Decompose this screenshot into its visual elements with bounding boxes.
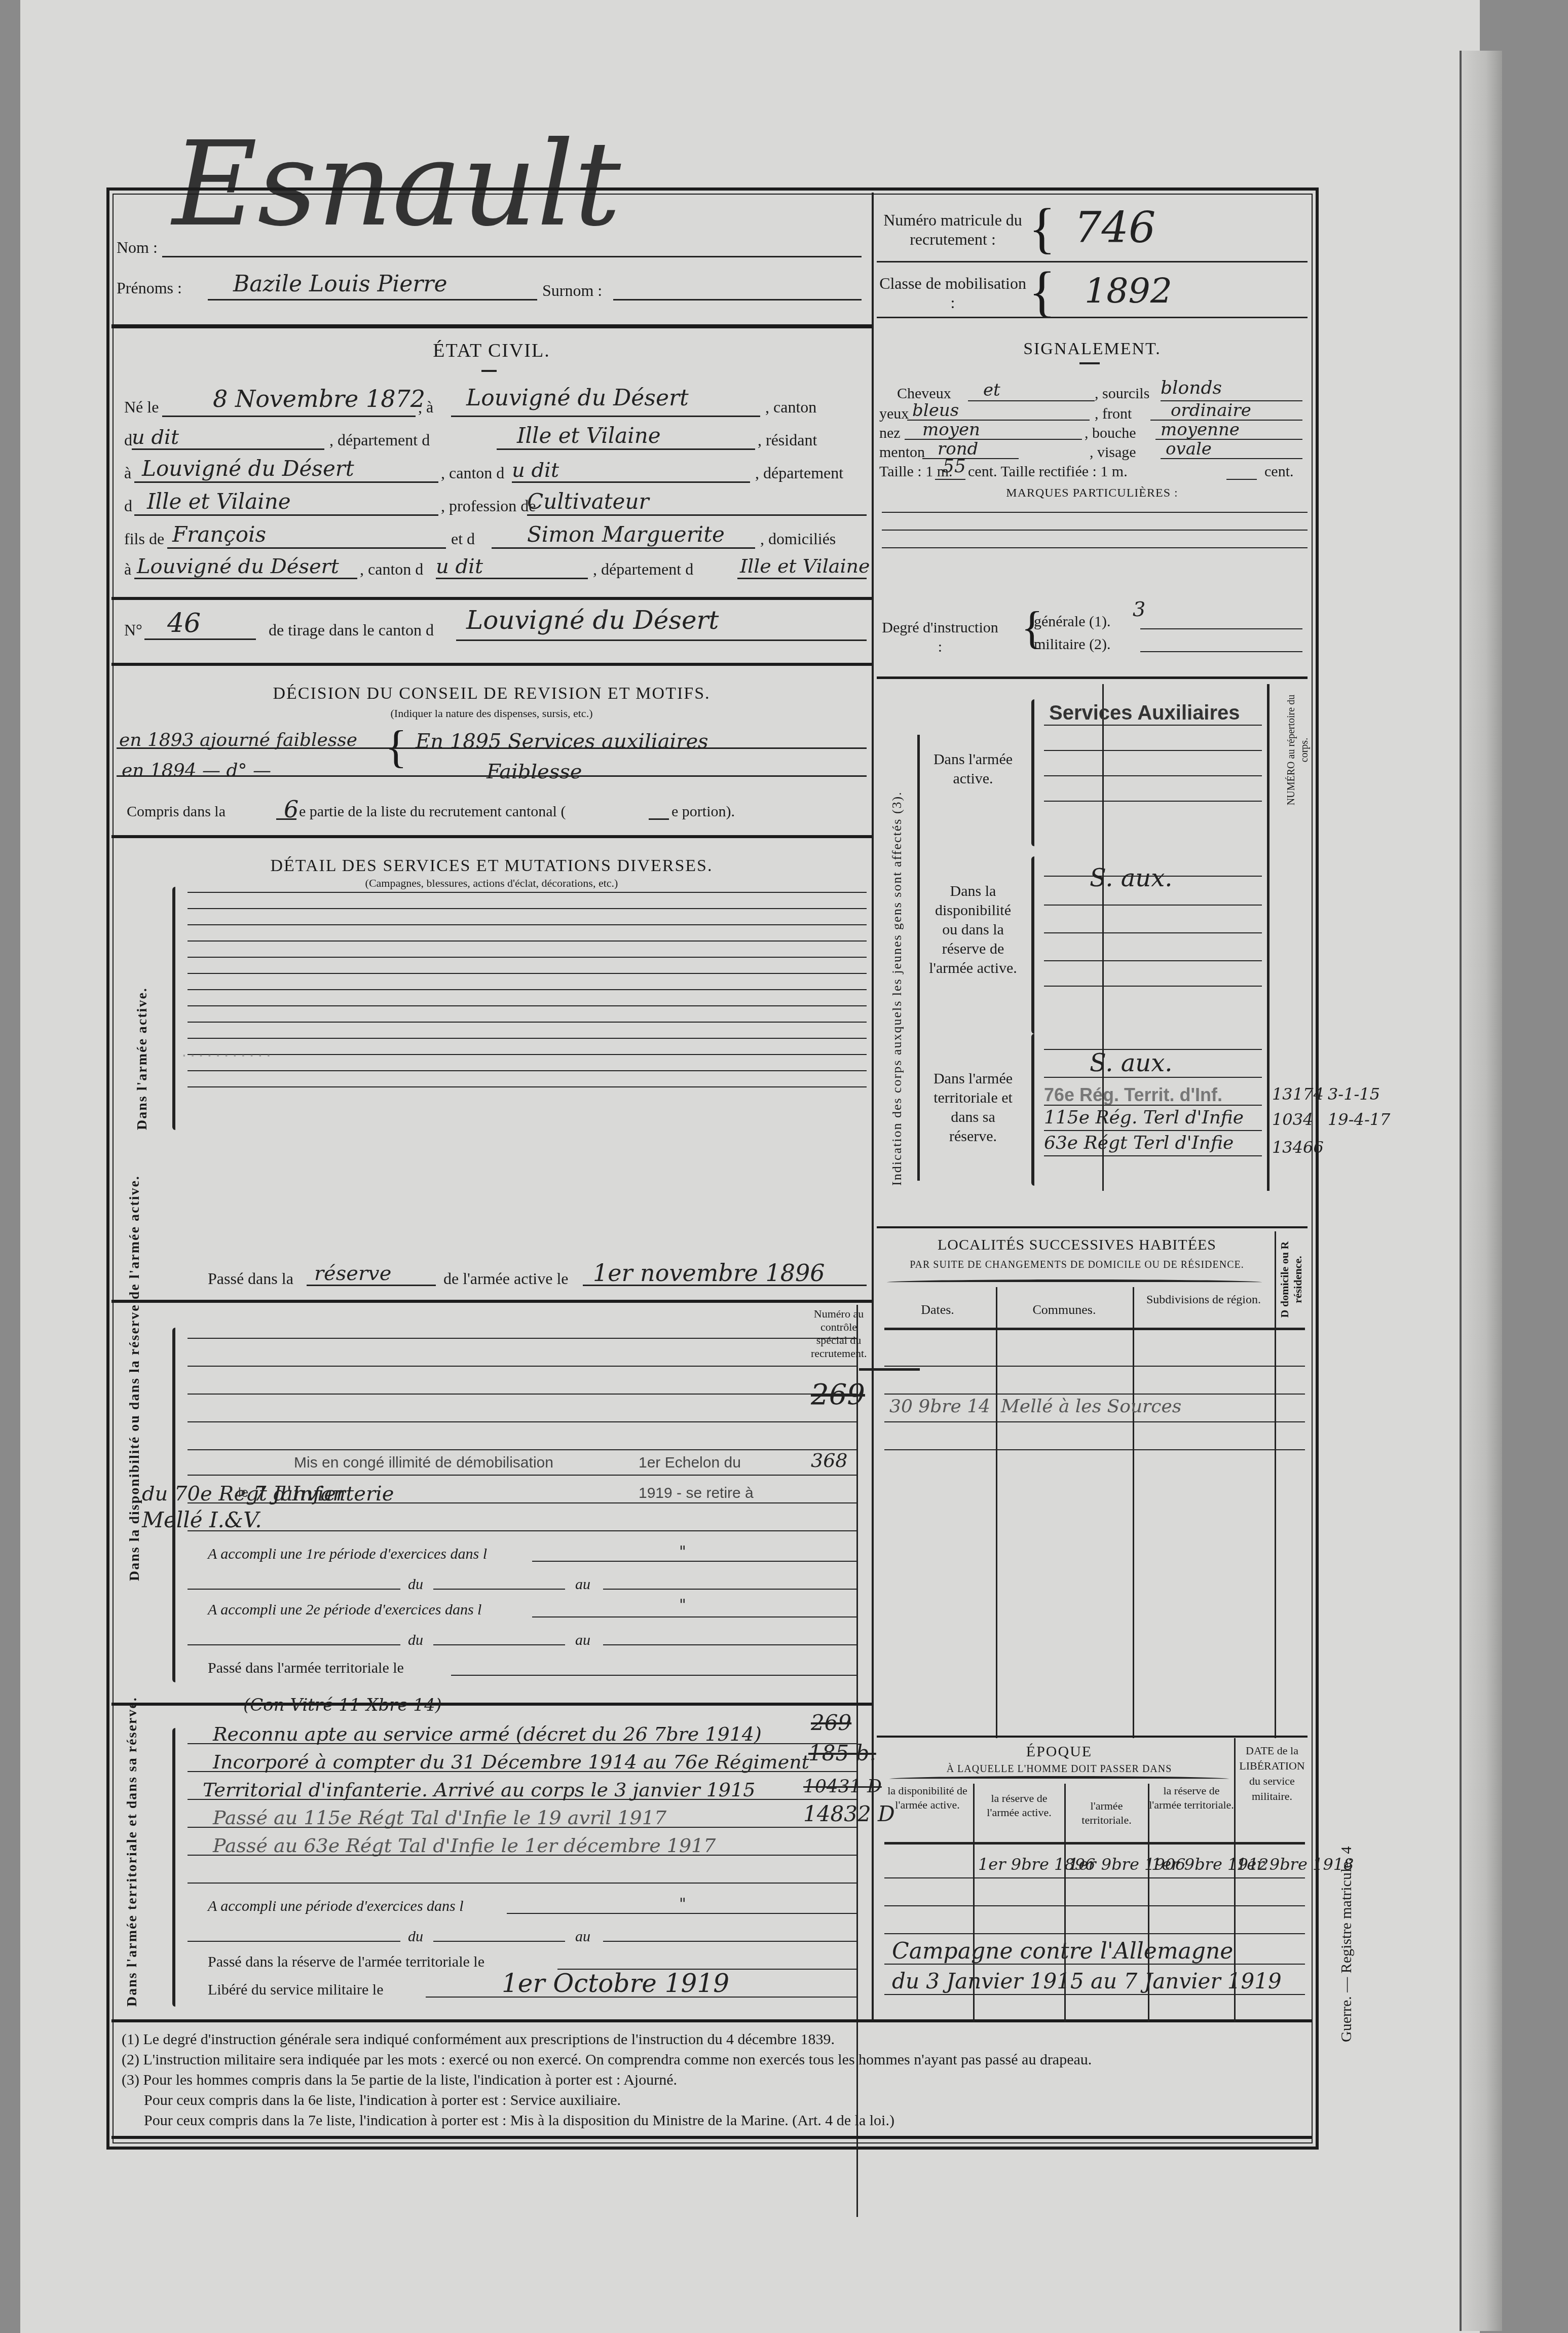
periode1-du-line bbox=[188, 1589, 400, 1590]
ruled-line bbox=[188, 989, 867, 990]
epoque-col-2: l'armée territoriale. bbox=[1065, 1799, 1148, 1827]
conseil-line1-right: En 1895 Services auxiliaires bbox=[416, 730, 708, 753]
sourcils-label: , sourcils bbox=[1095, 385, 1149, 402]
title-rule bbox=[1079, 362, 1100, 364]
cheveux-label: Cheveux bbox=[897, 385, 951, 402]
territoriale-row-0-date: 3-1-15 bbox=[1328, 1084, 1380, 1104]
numero-column-rule bbox=[1267, 684, 1270, 1191]
ruled-line bbox=[188, 1827, 856, 1828]
territoriale-line-1: Incorporé à compter du 31 Décembre 1914 … bbox=[213, 1751, 809, 1773]
militaire-line bbox=[1140, 651, 1302, 652]
ruled-line bbox=[884, 1933, 1305, 1934]
periode2-label: A accompli une 2e période d'exercices da… bbox=[208, 1601, 481, 1619]
bouche-value: moyenne bbox=[1161, 420, 1240, 440]
mere-value: Simon Marguerite bbox=[527, 522, 725, 547]
periode2-line bbox=[532, 1616, 856, 1617]
ruled-line bbox=[884, 1905, 1305, 1906]
visage-label: , visage bbox=[1090, 444, 1136, 461]
cheveux-value: et bbox=[983, 380, 1000, 400]
ruled-line bbox=[188, 892, 867, 893]
disponibilite-label: Dans la disponibilité ou dans la réserve… bbox=[927, 882, 1019, 978]
territoriale-du-value-line bbox=[433, 1941, 565, 1942]
profession-value: Cultivateur bbox=[527, 489, 649, 514]
periode2-au-label: au bbox=[575, 1632, 590, 1649]
localites-col-communes: Communes. bbox=[998, 1302, 1130, 1318]
active-label: Dans l'armée active. bbox=[927, 750, 1019, 788]
territoriale-numero-0: 269 bbox=[811, 1710, 851, 1735]
compris-label-3: e portion). bbox=[671, 803, 735, 820]
column-rule bbox=[1133, 1287, 1134, 1738]
numero-controle-value: 269 bbox=[811, 1378, 865, 1411]
divider bbox=[111, 2019, 1313, 2022]
ruled-line bbox=[188, 1038, 867, 1039]
departement2-value: Ille et Vilaine bbox=[147, 489, 291, 514]
localites-title: LOCALITÉS SUCCESSIVES HABITÉES bbox=[882, 1236, 1272, 1254]
periode1-du-label: du bbox=[408, 1576, 423, 1593]
territoriale-value-1: S. aux. bbox=[1090, 1049, 1173, 1077]
brace-icon bbox=[172, 887, 175, 1130]
canton-line bbox=[132, 448, 324, 450]
conge-echelon-value: 368 bbox=[811, 1449, 848, 1472]
conge-stamp: Mis en congé illimité de démobilisation bbox=[294, 1454, 553, 1472]
territoriale-numero-1: 185 b. bbox=[808, 1741, 876, 1765]
tirage-no-line bbox=[144, 638, 256, 640]
territoriale-row-0-numero: 13174 bbox=[1272, 1084, 1324, 1104]
tirage-canton-line bbox=[456, 639, 867, 641]
armee-active-vertical: Dans l'armée active. bbox=[134, 987, 151, 1130]
ruled-line bbox=[188, 1883, 856, 1884]
pere-value: François bbox=[172, 522, 266, 547]
domicile-dept-value: Ille et Vilaine bbox=[740, 555, 870, 577]
profession-line bbox=[527, 514, 867, 516]
signalement-title: SIGNALEMENT. bbox=[877, 340, 1308, 359]
brace-icon bbox=[1031, 856, 1034, 1034]
domicile-dept-line bbox=[737, 578, 867, 579]
territoriale-numero-2: 10431 D bbox=[803, 1776, 882, 1797]
passe-reserve-terr-label: Passé dans la réserve de l'armée territo… bbox=[208, 1953, 484, 1971]
conseil-line2-left: en 1894 — d° — bbox=[122, 760, 271, 781]
compris-line bbox=[276, 818, 296, 820]
epoque-value-liberation: 1er 9bre 1918 bbox=[1237, 1855, 1354, 1874]
footnotes: (1) Le degré d'instruction générale sera… bbox=[122, 2029, 1308, 2131]
ne-le-value: 8 Novembre 1872 bbox=[213, 385, 425, 412]
footnote-3: (3) Pour les hommes compris dans la 5e p… bbox=[122, 2070, 1308, 2090]
mere-line bbox=[492, 547, 755, 549]
conseil-revision-title: DÉCISION DU CONSEIL DE REVISION ET MOTIF… bbox=[111, 684, 872, 703]
territoriale-periode-label: A accompli une période d'exercices dans … bbox=[208, 1898, 464, 1915]
menton-line bbox=[922, 458, 1019, 459]
territoriale-label: Dans l'armée territoriale et dans sa rés… bbox=[927, 1069, 1019, 1146]
ruled-line bbox=[882, 530, 1308, 531]
ruled-line bbox=[1044, 1130, 1262, 1131]
classe-value: 1892 bbox=[1085, 271, 1172, 311]
ruled-line bbox=[188, 1022, 867, 1023]
column-rule bbox=[996, 1287, 997, 1738]
fils-de-label: fils de bbox=[124, 530, 164, 548]
brace-icon bbox=[1031, 699, 1034, 846]
ruled-line bbox=[188, 924, 867, 925]
ruled-line bbox=[188, 1086, 867, 1087]
cheveux-line bbox=[968, 400, 1095, 401]
ruled-line bbox=[1044, 801, 1262, 802]
ruled-line bbox=[188, 1530, 856, 1531]
liberation-header: DATE de la LIBÉRATION du service militai… bbox=[1237, 1743, 1308, 1804]
brace-icon bbox=[1031, 1034, 1034, 1186]
domicile-line bbox=[134, 578, 357, 579]
ruled-line bbox=[1044, 960, 1262, 961]
epoque-col-0: la disponibilité de l'armée active. bbox=[882, 1784, 973, 1812]
tirage-no-label: N° bbox=[124, 621, 142, 639]
footnote-3c: Pour ceux compris dans la 7e liste, l'in… bbox=[122, 2111, 1308, 2131]
ruled-line bbox=[1044, 725, 1262, 726]
territoriale-row-1-corps: 115e Rég. Terl d'Infie bbox=[1044, 1107, 1244, 1128]
territoriale-note: (Con Vitré 11 Xbre 14) bbox=[243, 1695, 442, 1715]
footnote-3b: Pour ceux compris dans la 6e liste, l'in… bbox=[122, 2090, 1308, 2111]
residant-line bbox=[134, 481, 438, 483]
residant-value: Louvigné du Désert bbox=[142, 456, 354, 481]
numero-controle-label: Numéro au contrôle spécial du recrutemen… bbox=[811, 1307, 867, 1360]
periode1-au-label: au bbox=[575, 1576, 590, 1593]
territoriale-vertical: Dans l'armée territoriale et dans sa rés… bbox=[124, 1697, 140, 2007]
menton-label: menton bbox=[879, 444, 925, 461]
localites-col-dr: D domicile ou R résidence. bbox=[1278, 1231, 1304, 1328]
taille-rect-line bbox=[1226, 479, 1257, 480]
canton-label: , canton bbox=[765, 398, 816, 417]
libere-label: Libéré du service militaire le bbox=[208, 1981, 384, 1999]
departement2-line bbox=[134, 514, 438, 516]
compris-label-1: Compris dans la bbox=[127, 803, 226, 820]
ruled-line bbox=[188, 1475, 856, 1476]
militaire-label: militaire (2). bbox=[1034, 636, 1111, 653]
generale-value: 3 bbox=[1133, 598, 1145, 621]
ruled-line bbox=[882, 547, 1308, 548]
prenoms-line bbox=[208, 299, 537, 300]
territoriale-du-label: du bbox=[408, 1928, 423, 1945]
canton-value: u dit bbox=[132, 426, 179, 449]
passe-reserve-label-1: Passé dans la bbox=[208, 1269, 293, 1288]
ruled-line bbox=[1044, 986, 1262, 987]
disponibilite-vertical: Dans la disponibilité ou dans la réserve… bbox=[127, 1175, 143, 1581]
header-rule bbox=[884, 1328, 1305, 1330]
canton2-label: , canton d bbox=[441, 464, 504, 482]
disponibilite-value: S. aux. bbox=[1090, 864, 1173, 892]
departement-line bbox=[497, 448, 755, 450]
nez-value: moyen bbox=[922, 420, 980, 440]
passe-reserve-value: réserve bbox=[314, 1262, 391, 1285]
ruled-line bbox=[884, 1421, 1305, 1422]
ruled-line bbox=[1044, 750, 1262, 751]
pere-line bbox=[167, 547, 446, 549]
profession-label: , profession de bbox=[441, 497, 536, 515]
passe-reserve-label-2: de l'armée active le bbox=[443, 1269, 569, 1288]
yeux-label: yeux bbox=[879, 405, 909, 423]
taille-value: 55 bbox=[943, 456, 966, 477]
conge-echelon: 1er Echelon du bbox=[639, 1454, 741, 1472]
domicilies-label: , domiciliés bbox=[760, 530, 836, 548]
campagne-line-2: du 3 Janvier 1915 au 7 Janvier 1919 bbox=[892, 1969, 1282, 1993]
departement2-d-label: d bbox=[124, 497, 132, 515]
ruled-line bbox=[1044, 775, 1262, 776]
prenoms-label: Prénoms : bbox=[117, 279, 182, 297]
divider bbox=[111, 2136, 1313, 2139]
birthplace-line bbox=[451, 416, 760, 417]
prenoms-value: Bazile Louis Pierre bbox=[233, 271, 447, 297]
territoriale-line-0: Reconnu apte au service armé (décret du … bbox=[213, 1723, 762, 1745]
libere-value: 1er Octobre 1919 bbox=[502, 1969, 729, 1998]
services-subtitle: (Campagnes, blessures, actions d'éclat, … bbox=[111, 877, 872, 890]
tirage-canton-value: Louvigné du Désert bbox=[466, 606, 719, 635]
bouche-label: , bouche bbox=[1085, 425, 1136, 442]
ruled-line bbox=[188, 1502, 856, 1503]
register-page: Esnault Nom : Prénoms : Bazile Louis Pie… bbox=[20, 0, 1480, 2333]
territoriale-line-4: Passé au 63e Régt Tal d'Infie le 1er déc… bbox=[213, 1834, 716, 1857]
faded-stamp: · · · · · · · · · · · bbox=[182, 1049, 272, 1063]
title-rule bbox=[481, 370, 497, 372]
departement2-label: , département bbox=[755, 464, 843, 482]
territoriale-row-1-date: 19-4-17 bbox=[1328, 1110, 1390, 1129]
localites-row-1-commune: Mellé à les Sources bbox=[1001, 1396, 1181, 1417]
dr-column-rule bbox=[1275, 1231, 1276, 1738]
ruled-line bbox=[1044, 1105, 1262, 1106]
nom-line bbox=[162, 256, 862, 257]
ruled-line bbox=[188, 1421, 856, 1422]
periode2-du-value-line bbox=[433, 1644, 565, 1645]
localites-subtitle: PAR SUITE DE CHANGEMENTS DE DOMICILE OU … bbox=[882, 1259, 1272, 1271]
localites-col-subdivisions: Subdivisions de région. bbox=[1135, 1292, 1272, 1307]
portion-line bbox=[649, 818, 669, 820]
ruled-line bbox=[188, 1054, 867, 1055]
territoriale-row-2-numero: 13466 bbox=[1272, 1138, 1324, 1157]
ruled-line bbox=[188, 1743, 856, 1744]
etat-civil-title: ÉTAT CIVIL. bbox=[111, 340, 872, 362]
instruction-label: Degré d'instruction : bbox=[882, 618, 998, 657]
ne-le-label: Né le bbox=[124, 398, 159, 417]
ruled-line bbox=[884, 1366, 1305, 1367]
ruled-line bbox=[188, 1338, 856, 1339]
footnote-2: (2) L'instruction militaire sera indiqué… bbox=[122, 2050, 1308, 2070]
domicile-value: Louvigné du Désert bbox=[137, 555, 339, 578]
nez-line bbox=[905, 439, 1082, 440]
ruled-line bbox=[1044, 905, 1262, 906]
passe-territoriale-label: Passé dans l'armée territoriale le bbox=[208, 1660, 404, 1677]
ruled-line bbox=[882, 512, 1308, 513]
sourcils-value: blonds bbox=[1161, 378, 1222, 398]
nez-label: nez bbox=[879, 425, 901, 442]
conseil-line2-right: Faiblesse bbox=[487, 760, 582, 783]
divider bbox=[877, 676, 1308, 679]
divider bbox=[111, 1703, 872, 1706]
column-divider bbox=[872, 193, 874, 2019]
territoriale-row-0-corps: 76e Rég. Territ. d'Inf. bbox=[1044, 1084, 1222, 1106]
front-label: , front bbox=[1095, 405, 1132, 423]
visage-line bbox=[1161, 458, 1302, 459]
ruled-line bbox=[188, 1394, 856, 1395]
tirage-no-value: 46 bbox=[167, 608, 201, 638]
epoque-subtitle: À LAQUELLE L'HOMME DOIT PASSER DANS bbox=[882, 1763, 1237, 1775]
periode1-du-value-line bbox=[433, 1589, 565, 1590]
yeux-value: bleus bbox=[912, 400, 959, 421]
departement-value: Ille et Vilaine bbox=[517, 423, 661, 448]
numero-repertoire-label: NUMÉRO au répertoire du corps. bbox=[1285, 682, 1311, 818]
conge-line2-le: le bbox=[238, 1485, 248, 1500]
bracket-rule bbox=[889, 1776, 1229, 1782]
taille-label: Taille : 1 m. bbox=[879, 463, 953, 480]
ruled-line bbox=[1044, 932, 1262, 933]
ruled-line bbox=[188, 908, 867, 909]
a-label: , à bbox=[418, 398, 433, 417]
conge-line3: Mellé I.&V. bbox=[142, 1508, 262, 1532]
localites-row-1-date: 30 9bre 14 bbox=[889, 1396, 990, 1417]
localites-col-dates: Dates. bbox=[882, 1302, 993, 1318]
territoriale-du-line bbox=[188, 1941, 400, 1942]
cent-label: cent. bbox=[1264, 463, 1293, 480]
ruled-line bbox=[188, 1855, 856, 1856]
domicile-canton-line bbox=[436, 578, 588, 579]
footnote-1: (1) Le degré d'instruction générale sera… bbox=[122, 2029, 1308, 2050]
domicile-a-label: à bbox=[124, 560, 131, 579]
campagne-line-1: Campagne contre l'Allemagne bbox=[892, 1938, 1233, 1964]
passe-reserve-date-line bbox=[583, 1285, 867, 1286]
ruled-line bbox=[188, 1070, 867, 1071]
ruled-line bbox=[188, 1449, 856, 1450]
epoque-col-1: la réserve de l'armée active. bbox=[974, 1791, 1064, 1820]
periode1-au-line bbox=[603, 1589, 856, 1590]
page-edge bbox=[1460, 51, 1502, 2331]
visage-value: ovale bbox=[1166, 439, 1212, 459]
periode1-line bbox=[532, 1561, 856, 1562]
surnom-label: Surnom : bbox=[542, 281, 602, 300]
territoriale-line-3: Passé au 115e Régt Tal d'Infie le 19 avr… bbox=[213, 1807, 666, 1829]
corps-affectes-vertical: Indication des corps auxquels les jeunes… bbox=[889, 791, 905, 1186]
territoriale-periode-value: " bbox=[679, 1895, 686, 1913]
passe-reserve-line bbox=[307, 1285, 436, 1286]
numero-matricule-value: 746 bbox=[1074, 203, 1155, 252]
ruled-line bbox=[188, 957, 867, 958]
ruled-line bbox=[884, 1449, 1305, 1450]
periode2-du-line bbox=[188, 1644, 400, 1645]
periode2-value: " bbox=[679, 1596, 686, 1614]
numero-header-rule bbox=[859, 1368, 920, 1371]
brace-icon: { bbox=[1029, 264, 1056, 319]
divider bbox=[111, 663, 872, 666]
classe-label: Classe de mobilisation : bbox=[877, 274, 1029, 312]
nom-label: Nom : bbox=[117, 238, 158, 257]
ruled-line bbox=[1044, 1155, 1262, 1156]
domicile-dept-label: , département d bbox=[593, 560, 693, 579]
domicile-canton-label: , canton d bbox=[360, 560, 423, 579]
divider bbox=[111, 1300, 872, 1303]
ruled-line bbox=[188, 1799, 856, 1800]
front-value: ordinaire bbox=[1171, 400, 1251, 421]
periode2-au-line bbox=[603, 1644, 856, 1645]
ruled-line bbox=[1044, 1077, 1262, 1078]
taille-cent-label: cent. Taille rectifiée : 1 m. bbox=[968, 463, 1128, 480]
divider bbox=[877, 1226, 1308, 1228]
et-de-label: et d bbox=[451, 530, 475, 548]
generale-line bbox=[1140, 628, 1302, 629]
ruled-line bbox=[188, 1771, 856, 1772]
passe-reserve-date: 1er novembre 1896 bbox=[593, 1259, 825, 1287]
territoriale-row-2-corps: 63e Régt Terl d'Infie bbox=[1044, 1133, 1234, 1153]
conge-line2-stamp: 1919 - se retire à bbox=[639, 1485, 754, 1502]
canton-d-label: d bbox=[124, 431, 132, 449]
divider bbox=[877, 1736, 1308, 1738]
territoriale-periode-line bbox=[507, 1913, 856, 1914]
canton2-line bbox=[512, 481, 750, 483]
register-footer: Guerre. — Registre matricule. 4 bbox=[1338, 1846, 1355, 2042]
ruled-line bbox=[884, 1394, 1305, 1395]
departement-label: , département d bbox=[329, 431, 430, 449]
tirage-label: de tirage dans le canton d bbox=[269, 621, 434, 639]
surnom-line bbox=[613, 299, 862, 300]
services-title: DÉTAIL DES SERVICES ET MUTATIONS DIVERSE… bbox=[111, 856, 872, 876]
divider bbox=[111, 835, 872, 838]
periode2-du-label: du bbox=[408, 1632, 423, 1649]
bracket-rule bbox=[887, 1280, 1262, 1285]
canton2-value: u dit bbox=[512, 459, 559, 482]
ruled-line bbox=[188, 1005, 867, 1006]
libere-line bbox=[426, 1997, 856, 1998]
conseil-revision-subtitle: (Indiquer la nature des dispenses, sursi… bbox=[111, 707, 872, 720]
epoque-title: ÉPOQUE bbox=[882, 1743, 1237, 1760]
generale-label: générale (1). bbox=[1034, 613, 1111, 630]
periode1-value: " bbox=[679, 1543, 686, 1561]
residant-a-label: à bbox=[124, 464, 131, 482]
ruled-line bbox=[884, 1964, 1305, 1965]
divider bbox=[111, 324, 872, 328]
passe-territoriale-line bbox=[451, 1675, 856, 1676]
territoriale-au-label: au bbox=[575, 1928, 590, 1945]
compris-label-2: e partie de la liste du recrutement cant… bbox=[299, 803, 566, 820]
territoriale-au-line bbox=[603, 1941, 856, 1942]
epoque-col-3: la réserve de l'armée territoriale. bbox=[1149, 1784, 1234, 1812]
residant-label: , résidant bbox=[758, 431, 817, 449]
taille-line bbox=[935, 479, 965, 480]
conseil-line bbox=[117, 747, 867, 749]
numero-matricule-label: Numéro matricule du recrutement : bbox=[877, 210, 1029, 249]
divider bbox=[877, 261, 1308, 262]
ruled-line bbox=[188, 1366, 856, 1367]
territoriale-row-1-numero: 1034 bbox=[1272, 1110, 1313, 1129]
periode1-label: A accompli une 1re période d'exercices d… bbox=[208, 1546, 487, 1563]
ruled-line bbox=[188, 973, 867, 974]
brace-icon: { bbox=[1029, 200, 1056, 256]
header-rule bbox=[884, 1842, 1305, 1845]
territoriale-numero-3: 14832 D bbox=[803, 1801, 895, 1826]
divider bbox=[111, 597, 872, 600]
birthplace-value: Louvigné du Désert bbox=[466, 385, 689, 411]
ruled-line bbox=[884, 1877, 1305, 1878]
territoriale-line-2: Territorial d'infanterie. Arrivé au corp… bbox=[203, 1779, 755, 1801]
corps-rule bbox=[917, 735, 920, 1181]
domicile-canton-value: u dit bbox=[436, 555, 483, 578]
brace-icon bbox=[172, 1728, 175, 2007]
marques-title: MARQUES PARTICULIÈRES : bbox=[877, 486, 1308, 500]
ne-le-line bbox=[162, 416, 416, 417]
divider bbox=[877, 317, 1308, 318]
conseil-line bbox=[117, 775, 867, 777]
ruled-line bbox=[188, 940, 867, 942]
ruled-line bbox=[884, 1994, 1305, 1995]
active-stamp: Services Auxiliaires bbox=[1049, 702, 1240, 725]
